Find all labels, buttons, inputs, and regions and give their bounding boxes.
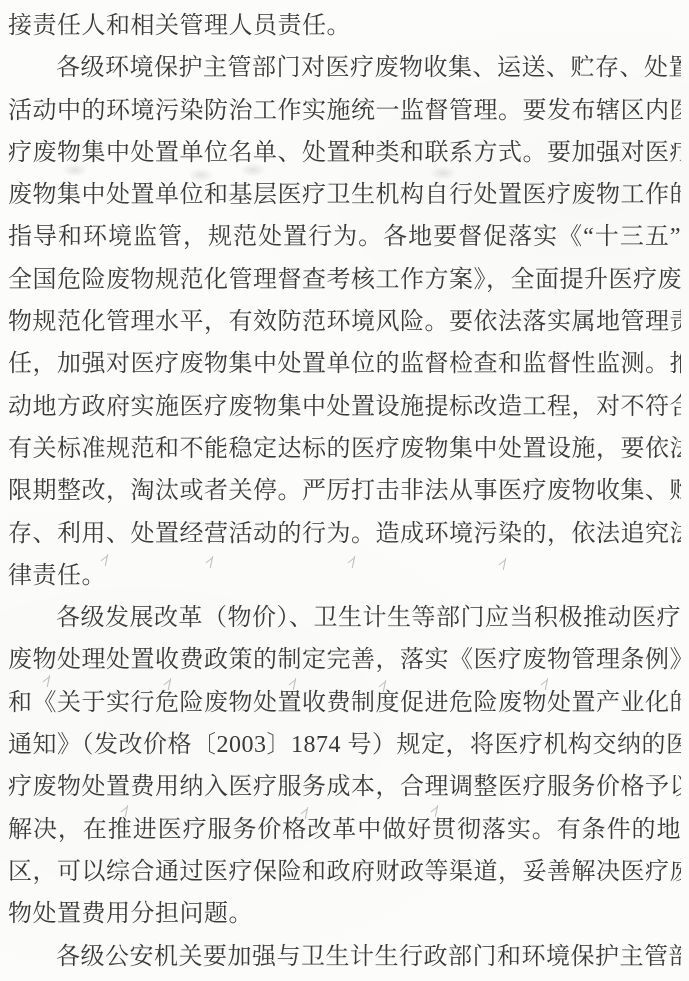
text-line: 解决，在推进医疗服务价格改革中做好贯彻落实。有条件的地 [8, 809, 681, 851]
text-line: 疗废物处置费用纳入医疗服务成本，合理调整医疗服务价格予以 [8, 766, 681, 808]
paragraph: 各级环境保护主管部门对医疗废物收集、运送、贮存、处置活动中的环境污染防治工作实施… [8, 47, 681, 597]
text-line: 接责任人和相关管理人员责任。 [8, 5, 681, 47]
text-line: 各级发展改革（物价）、卫生计生等部门应当积极推动医疗 [8, 597, 681, 639]
paragraph: 接责任人和相关管理人员责任。 [8, 5, 681, 47]
text-line: 通知》（发改价格〔2003〕1874 号）规定，将医疗机构交纳的医 [8, 724, 681, 766]
text-line: 废物处理处置收费政策的制定完善，落实《医疗废物管理条例》 [8, 639, 681, 681]
text-line: 律责任。 [8, 555, 681, 597]
document-body: 接责任人和相关管理人员责任。各级环境保护主管部门对医疗废物收集、运送、贮存、处置… [8, 5, 681, 978]
text-line: 和《关于实行危险废物处置收费制度促进危险废物处置产业化的 [8, 682, 681, 724]
paragraph: 各级发展改革（物价）、卫生计生等部门应当积极推动医疗废物处理处置收费政策的制定完… [8, 597, 681, 935]
text-line: 废物集中处置单位和基层医疗卫生机构自行处置医疗废物工作的 [8, 174, 681, 216]
text-line: 区，可以综合通过医疗保险和政府财政等渠道，妥善解决医疗废 [8, 851, 681, 893]
text-line: 存、利用、处置经营活动的行为。造成环境污染的，依法追究法 [8, 513, 681, 555]
paragraph: 各级公安机关要加强与卫生计生行政部门和环境保护主管部 [8, 936, 681, 978]
text-line: 动地方政府实施医疗废物集中处置设施提标改造工程，对不符合 [8, 386, 681, 428]
text-line: 物处置费用分担问题。 [8, 893, 681, 935]
text-line: 指导和环境监管，规范处置行为。各地要督促落实《“十三五” [8, 216, 681, 258]
text-line: 疗废物集中处置单位名单、处置种类和联系方式。要加强对医疗 [8, 132, 681, 174]
text-line: 各级公安机关要加强与卫生计生行政部门和环境保护主管部 [8, 936, 681, 978]
text-line: 活动中的环境污染防治工作实施统一监督管理。要发布辖区内医 [8, 90, 681, 132]
text-line: 任，加强对医疗废物集中处置单位的监督检查和监督性监测。推 [8, 343, 681, 385]
document-page: 接责任人和相关管理人员责任。各级环境保护主管部门对医疗废物收集、运送、贮存、处置… [0, 0, 689, 981]
text-line: 物规范化管理水平，有效防范环境风险。要依法落实属地管理责 [8, 301, 681, 343]
text-line: 限期整改，淘汰或者关停。严厉打击非法从事医疗废物收集、贮 [8, 470, 681, 512]
text-line: 各级环境保护主管部门对医疗废物收集、运送、贮存、处置 [8, 47, 681, 89]
text-line: 全国危险废物规范化管理督查考核工作方案》，全面提升医疗废 [8, 259, 681, 301]
text-line: 有关标准规范和不能稳定达标的医疗废物集中处置设施，要依法 [8, 428, 681, 470]
